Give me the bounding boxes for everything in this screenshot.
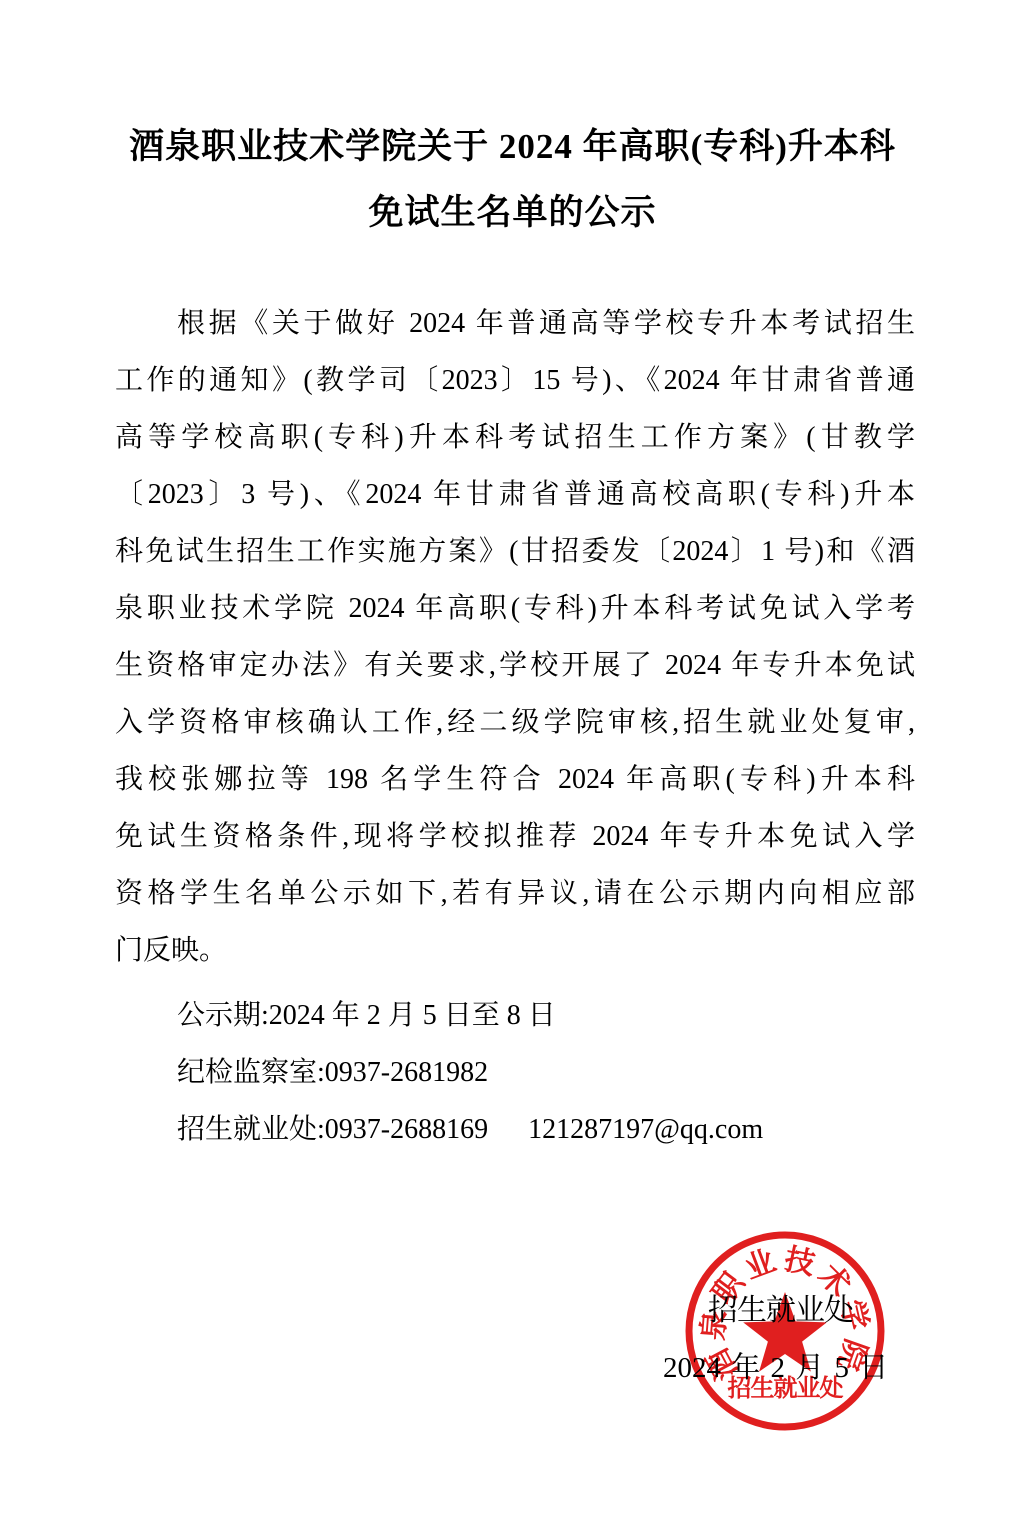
body-line: 我校张娜拉等 198 名学生符合 2024 年高职(专科)升本科: [115, 751, 915, 808]
body-line: 高等学校高职(专科)升本科考试招生工作方案》(甘教学: [115, 409, 915, 466]
document-title: 酒泉职业技术学院关于 2024 年高职(专科)升本科 免试生名单的公示: [0, 114, 1025, 246]
official-seal-icon: 酒 泉 职 业 技 术 学 院 招生就业处: [680, 1226, 890, 1436]
seal-arc-char: 技: [782, 1243, 818, 1282]
title-line-2: 免试生名单的公示: [0, 180, 1025, 246]
body-line: 入学资格审核确认工作,经二级学院审核,招生就业处复审,: [115, 694, 915, 751]
body-paragraph: 根据《关于做好 2024 年普通高等学校专升本考试招生 工作的通知》(教学司〔2…: [115, 295, 915, 979]
body-line: 资格学生名单公示如下,若有异议,请在公示期内向相应部: [115, 865, 915, 922]
document-page: 酒泉职业技术学院关于 2024 年高职(专科)升本科 免试生名单的公示 根据《关…: [0, 0, 1025, 1517]
publicity-period: 公示期:2024 年 2 月 5 日至 8 日: [115, 987, 915, 1044]
title-line-1: 酒泉职业技术学院关于 2024 年高职(专科)升本科: [0, 114, 1025, 180]
discipline-office-phone: 纪检监察室:0937-2681982: [115, 1044, 915, 1101]
body-line: 〔2023〕3 号)、《2024 年甘肃省普通高校高职(专科)升本: [115, 466, 915, 523]
body-line: 科免试生招生工作实施方案》(甘招委发〔2024〕1 号)和《酒: [115, 523, 915, 580]
signature-department: 招生就业处: [708, 1285, 853, 1329]
body-line: 门反映。: [115, 922, 915, 979]
body-line: 生资格审定办法》有关要求,学校开展了 2024 年专升本免试: [115, 637, 915, 694]
body-line: 免试生资格条件,现将学校拟推荐 2024 年专升本免试入学: [115, 808, 915, 865]
admissions-office-phone: 招生就业处:0937-2688169: [177, 1114, 488, 1145]
signature-date: 2024 年 2 月 5 日: [663, 1345, 888, 1386]
body-line: 工作的通知》(教学司〔2023〕15 号)、《2024 年甘肃省普通: [115, 352, 915, 409]
body-line: 泉职业技术学院 2024 年高职(专科)升本科考试免试入学考: [115, 580, 915, 637]
admissions-email: 121287197@qq.com: [528, 1114, 763, 1145]
contact-block: 公示期:2024 年 2 月 5 日至 8 日 纪检监察室:0937-26819…: [115, 987, 915, 1158]
admissions-office-line: 招生就业处:0937-2688169121287197@qq.com: [115, 1101, 915, 1158]
body-line: 根据《关于做好 2024 年普通高等学校专升本考试招生: [115, 295, 915, 352]
seal-arc-char: 业: [740, 1244, 780, 1285]
